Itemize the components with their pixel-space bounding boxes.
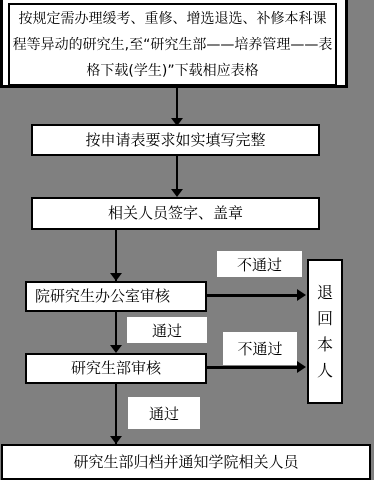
node-fill-form: 按申请表要求如实填写完整 bbox=[31, 124, 320, 156]
return-char: 回 bbox=[317, 308, 333, 329]
connector-dept-to-return bbox=[207, 366, 298, 369]
edge-label-college-pass: 通过 bbox=[127, 317, 207, 343]
node-archive-notify: 研究生部归档并通知学院相关人员 bbox=[1, 444, 371, 480]
connector-college-to-dept bbox=[115, 312, 117, 346]
node-dept-review: 研究生部审核 bbox=[25, 353, 207, 384]
node-sign-seal: 相关人员签字、盖章 bbox=[31, 197, 320, 230]
flowchart-canvas: 按规定需办理缓考、重修、增选退选、补修本科课程等异动的研究生,至“研究生部——培… bbox=[0, 0, 374, 480]
connector-fill-to-sign bbox=[176, 156, 178, 190]
edge-label-college-fail: 不通过 bbox=[217, 251, 302, 277]
edge-label-dept-fail: 不通过 bbox=[223, 332, 297, 365]
connector-start-to-fill bbox=[176, 84, 178, 120]
edge-label-dept-pass: 通过 bbox=[128, 397, 200, 429]
node-college-review: 院研究生办公室审核 bbox=[25, 281, 207, 312]
arrowhead-right-icon bbox=[297, 289, 306, 301]
arrowhead-down-icon bbox=[110, 273, 122, 281]
arrowhead-down-icon bbox=[110, 345, 122, 353]
arrowhead-down-icon bbox=[171, 189, 183, 197]
return-char: 退 bbox=[317, 282, 333, 303]
connector-college-to-return bbox=[207, 294, 298, 297]
return-char: 本 bbox=[317, 334, 333, 355]
arrowhead-down-icon bbox=[110, 436, 122, 444]
node-return-to-person: 退 回 本 人 bbox=[307, 259, 343, 404]
node-start: 按规定需办理缓考、重修、增选退选、补修本科课程等异动的研究生,至“研究生部——培… bbox=[8, 3, 337, 86]
connector-dept-to-archive bbox=[115, 384, 117, 444]
arrowhead-right-icon bbox=[297, 361, 306, 373]
return-char: 人 bbox=[317, 360, 333, 381]
